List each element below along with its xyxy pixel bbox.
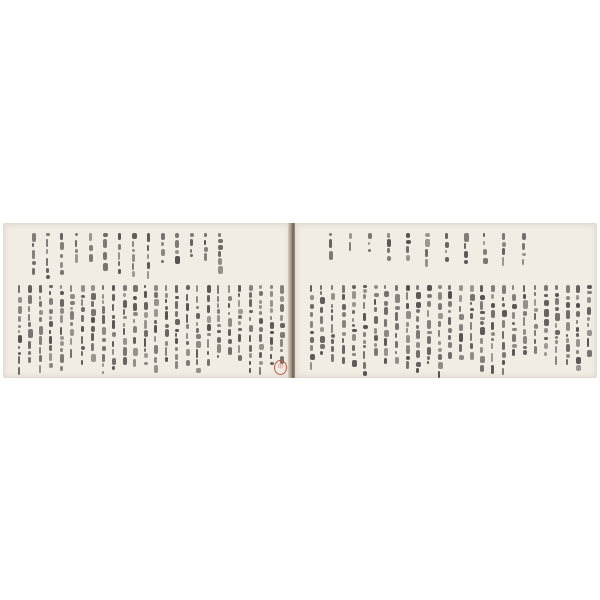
left-page	[3, 223, 290, 378]
seal-stamp: 印	[274, 360, 287, 375]
open-manuscript-book: 印	[3, 223, 597, 378]
right-page	[295, 223, 597, 378]
